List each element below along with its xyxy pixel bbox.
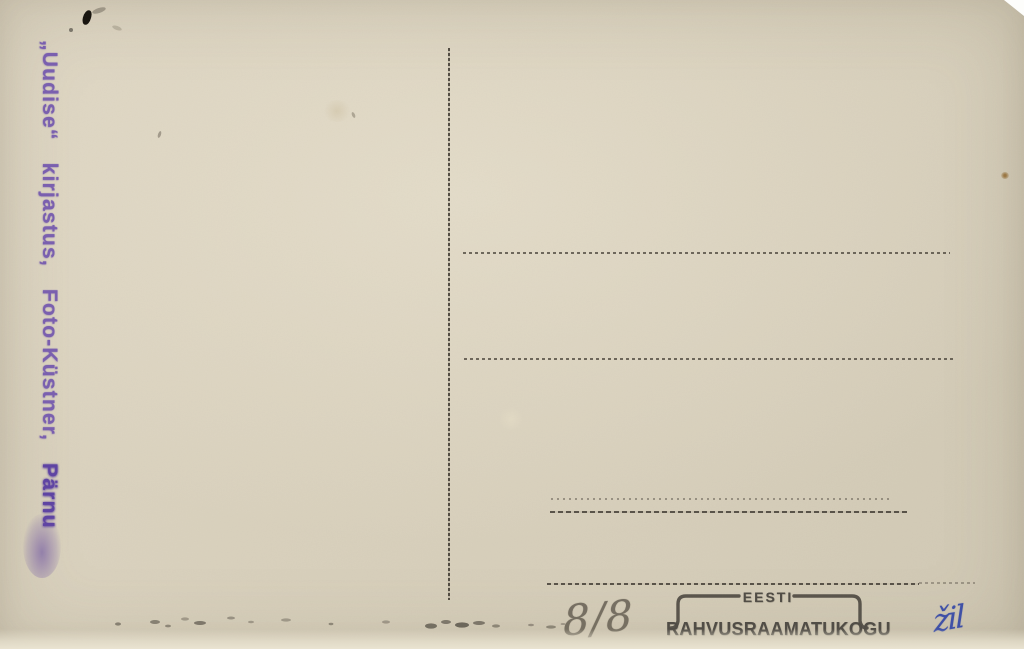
- address-line: [463, 252, 950, 254]
- postcard-back: „Uudise“ kirjastus, Foto-Küstner, Pärnu …: [0, 0, 1024, 649]
- paper-mark: [157, 131, 162, 139]
- corner-cut: [1004, 0, 1024, 16]
- paper-spot: [1001, 172, 1009, 179]
- publisher-stamp-text: „Uudise“ kirjastus, Foto-Küstner,: [38, 40, 61, 441]
- address-line: [464, 358, 954, 360]
- smudge: [112, 24, 123, 31]
- address-line: [550, 511, 907, 513]
- divider-line: [448, 48, 450, 600]
- paper-stain: [322, 100, 352, 122]
- publisher-stamp: „Uudise“ kirjastus, Foto-Küstner, Pärnu: [25, 40, 61, 600]
- paper-grain: [0, 0, 1024, 649]
- ink-speck: [69, 28, 73, 32]
- address-line: [551, 498, 889, 500]
- address-line-extension: [919, 582, 975, 584]
- publisher-stamp-city: Pärnu: [38, 463, 61, 529]
- library-stamp-country: EESTI: [735, 589, 801, 605]
- bottom-edge-fade: [0, 629, 1024, 649]
- smudge: [92, 6, 107, 15]
- paper-stain: [498, 408, 524, 430]
- paper-mark: [351, 112, 356, 119]
- ink-speck: [81, 9, 92, 25]
